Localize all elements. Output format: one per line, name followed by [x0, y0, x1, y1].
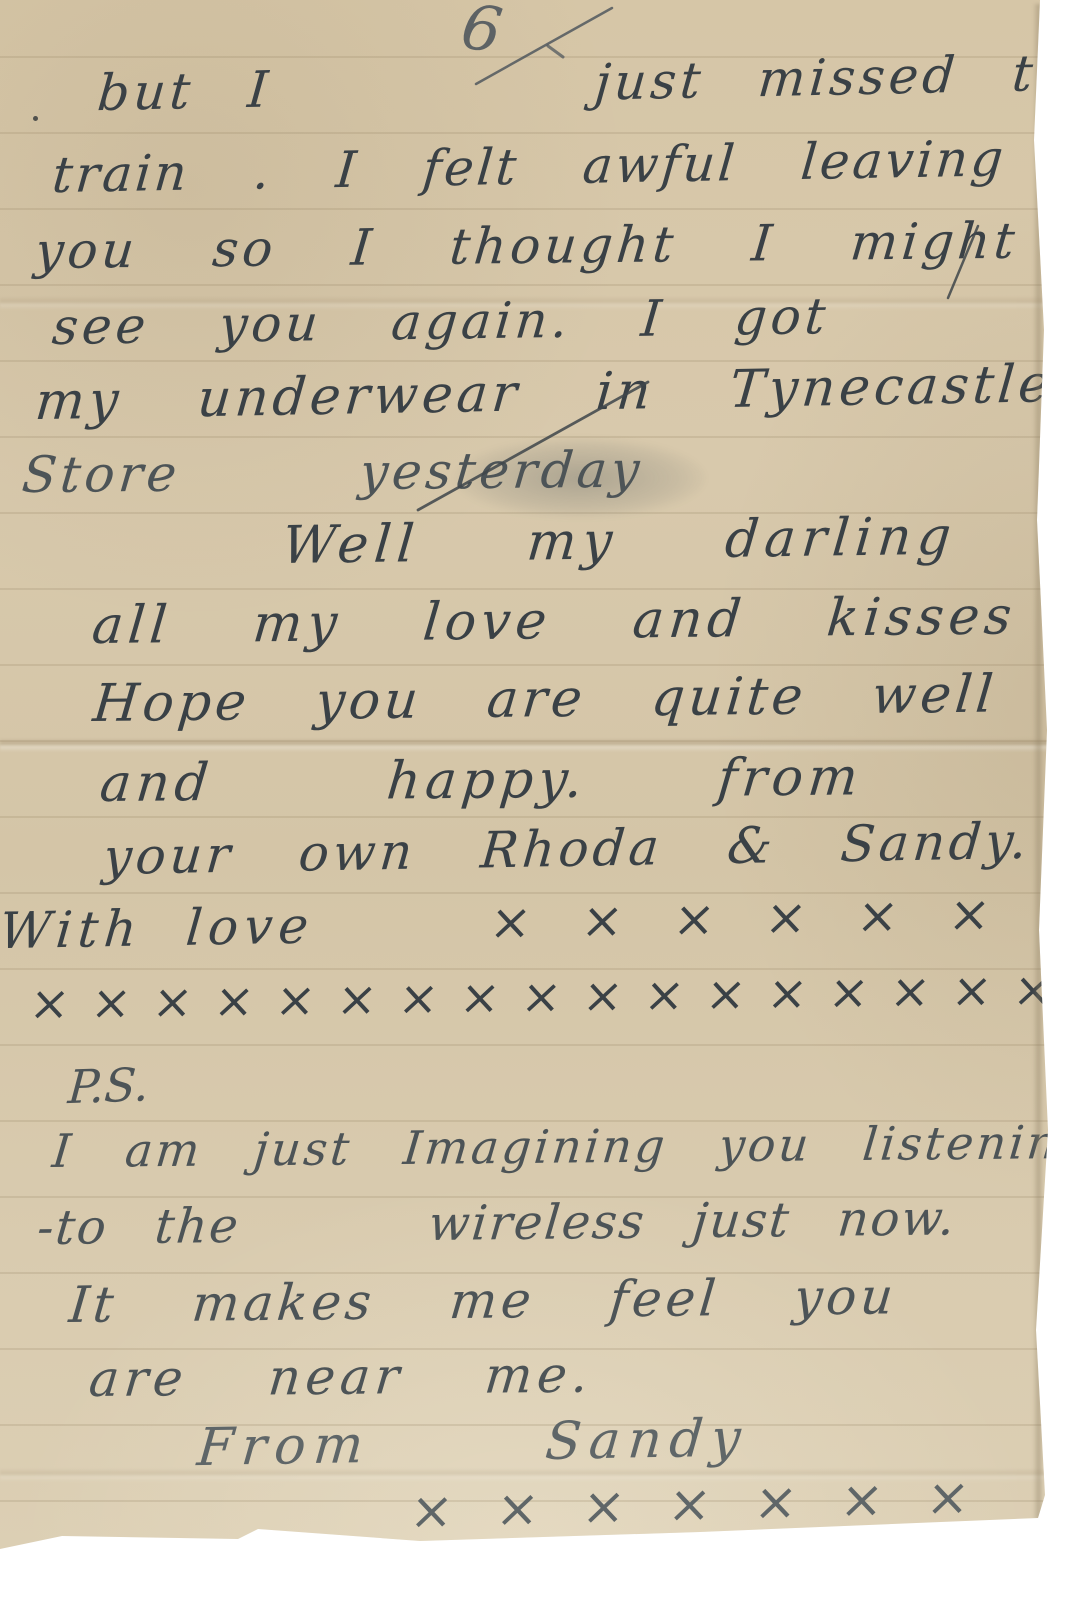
- letter-line-06: Store yesterday: [20, 443, 646, 503]
- letter-line-17: It makes me feel you: [67, 1269, 900, 1333]
- letter-line-15: I am just Imagining you listening: [50, 1117, 1073, 1177]
- letter-line-19-signature: From Sandy: [195, 1410, 751, 1477]
- letter-line-04: see you again. I got: [50, 289, 832, 355]
- scanner-background: 6 but I just missed the train . I felt a…: [0, 0, 1073, 1600]
- letter-line-07: Well my darling: [280, 509, 959, 576]
- letter-line-08: all my love and kisses: [90, 588, 1019, 655]
- letter-line-03: you so I thought I might: [33, 214, 1021, 279]
- letter-line-10: and happy. from: [97, 749, 865, 813]
- letter-line-16: -to the wireless just now.: [35, 1192, 959, 1254]
- letter-line-09: Hope you are quite well: [91, 667, 1000, 734]
- ink-speck: [33, 116, 38, 121]
- letter-paper: 6 but I just missed the train . I felt a…: [0, 0, 1050, 1555]
- letter-line-14-ps: P.S.: [66, 1059, 150, 1113]
- paper-edge-shadow: [1033, 4, 1043, 1519]
- letter-line-20-kisses: × × × × × × ×: [407, 1469, 980, 1541]
- letter-line-18: are near me.: [87, 1348, 596, 1407]
